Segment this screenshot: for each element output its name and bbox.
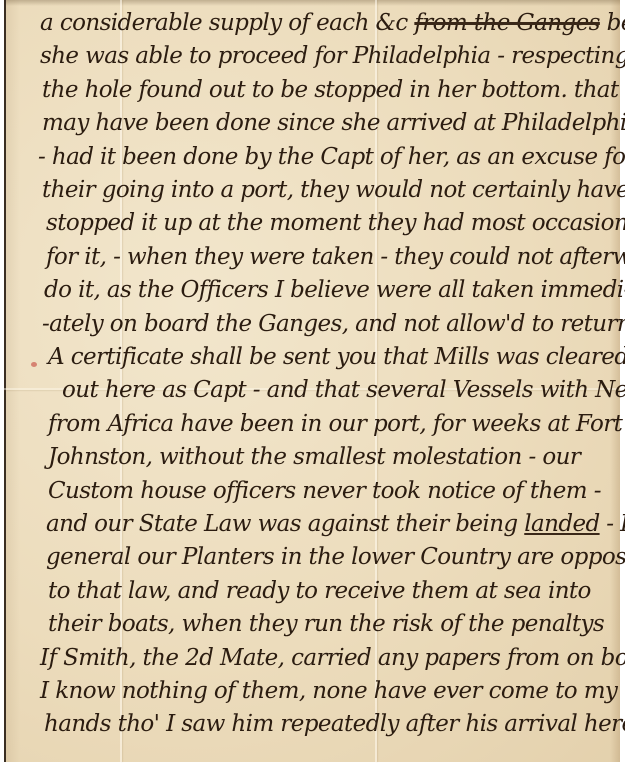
line-6: their going into a port, they would not … xyxy=(42,179,625,202)
line-12: out here as Capt - and that several Vess… xyxy=(62,379,625,402)
line-2: she was able to proceed for Philadelphia… xyxy=(40,45,625,68)
line-13: from Africa have been in our port, for w… xyxy=(48,413,622,436)
line-16-text: and our State Law was against their bein… xyxy=(46,511,524,537)
line-16: and our State Law was against their bein… xyxy=(46,513,625,536)
line-19: their boats, when they run the risk of t… xyxy=(48,613,604,636)
line-3: the hole found out to be stopped in her … xyxy=(42,79,619,102)
line-11: A certificate shall be sent you that Mil… xyxy=(48,346,625,369)
letter-body: a considerable supply of each &c from th… xyxy=(0,0,625,769)
line-1: a considerable supply of each &c from th… xyxy=(40,12,620,35)
line-18: to that law, and ready to receive them a… xyxy=(48,580,591,603)
line-9: do it, as the Officers I believe were al… xyxy=(44,279,625,302)
line-7: stopped it up at the moment they had mos… xyxy=(46,212,625,235)
line-22: hands tho' I saw him repeatedly after hi… xyxy=(44,713,625,736)
line-1-text: a considerable supply of each &c xyxy=(40,10,414,36)
line-16-end: - In xyxy=(600,511,625,537)
line-17: general our Planters in the lower Countr… xyxy=(46,546,625,569)
line-8: for it, - when they were taken - they co… xyxy=(46,246,625,269)
line-15: Custom house officers never took notice … xyxy=(48,480,601,503)
struck-text: from the Ganges xyxy=(414,10,600,36)
line-1-end: before xyxy=(600,10,625,36)
underlined-word: landed xyxy=(524,511,599,537)
line-14: Johnston, without the smallest molestati… xyxy=(48,446,580,469)
line-10: -ately on board the Ganges, and not allo… xyxy=(42,313,625,336)
line-20: If Smith, the 2d Mate, carried any paper… xyxy=(40,647,625,670)
line-21: I know nothing of them, none have ever c… xyxy=(40,680,617,703)
line-4: may have been done since she arrived at … xyxy=(42,112,625,135)
line-5: - had it been done by the Capt of her, a… xyxy=(38,146,625,169)
